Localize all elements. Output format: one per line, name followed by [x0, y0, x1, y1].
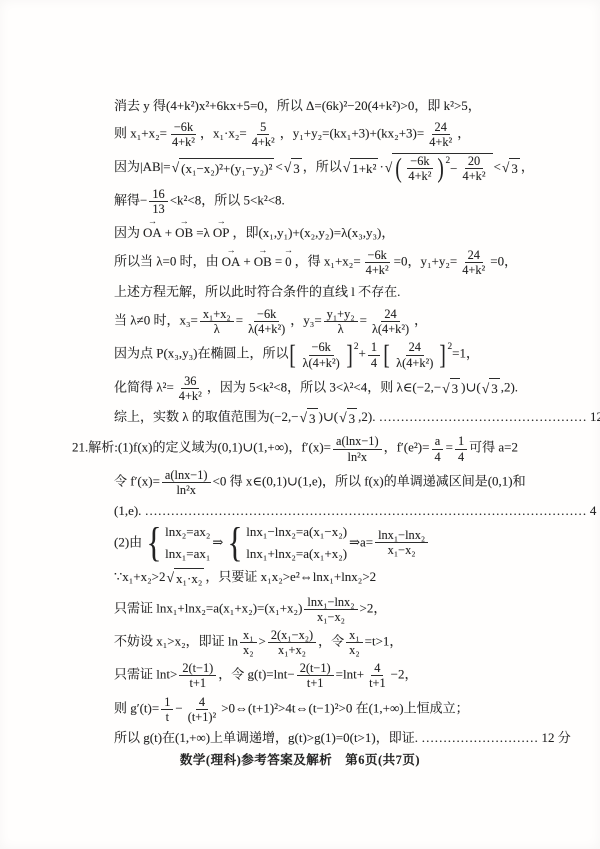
- bracket-group: (−6k4+k²)2: [394, 154, 450, 183]
- fraction: 244+k²: [459, 248, 488, 277]
- radical-sign-icon: √: [172, 161, 180, 175]
- answer-body: 消去 y 得(4+k²)x²+6kx+5=0，所以 Δ=(6k)²−20(4+k…: [72, 96, 528, 752]
- answer-line: 所以 g(t)在(1,+∞)上单调递增，g(t)>g(1)=0(t>1)，即证.…: [114, 728, 528, 748]
- fraction: −6kλ(4+k²): [245, 307, 288, 336]
- fraction: lnx₁−lnx₂x₁−x₂: [304, 595, 357, 624]
- vector-arrow: OA: [222, 252, 241, 272]
- radical-sign-icon: √: [300, 411, 308, 425]
- fraction: 4t+1: [366, 661, 389, 690]
- page-footer: 数学(理科)参考答案及解析 第6页(共7页): [0, 750, 600, 768]
- answer-line: 不妨设 x₁>x₂，即证 lnx₁x₂>2(x₁−x₂)x₁+x₂，令x₁x₂=…: [114, 628, 528, 657]
- answer-line: 所以当 λ=0 时，由OA+OB=0，得 x₁+x₂=−6k4+k²=0，y₁+…: [114, 248, 528, 277]
- answer-line: 上述方程无解，所以此时符合条件的直线 l 不存在.: [114, 282, 528, 302]
- fraction: 14: [368, 340, 380, 369]
- radical-sign-icon: √: [385, 161, 393, 175]
- fraction: 1613: [149, 187, 167, 216]
- fraction: x₁+x₂λ: [200, 307, 234, 336]
- document-page: 消去 y 得(4+k²)x²+6kx+5=0，所以 Δ=(6k)²−20(4+k…: [0, 0, 600, 849]
- fraction: 2(t−1)t+1: [297, 661, 334, 690]
- fraction: y₁+y₂λ: [324, 307, 358, 336]
- answer-line: 综上，实数 λ 的取值范围为(−2,−√3)∪(√3,2). …………………………: [114, 407, 528, 428]
- square-root: √(−6k4+k²)2−204+k²: [385, 153, 493, 183]
- vector-arrow: OP: [213, 223, 230, 243]
- square-root: √(x₁−x₂)²+(y₁−y₂)²: [172, 158, 275, 179]
- fraction: 244+k²: [426, 120, 455, 149]
- fraction: 4(t+1)²: [185, 695, 220, 724]
- square-root: √x₁·x₂: [167, 568, 205, 589]
- fraction: 24λ(4+k²): [393, 340, 436, 369]
- fraction: 1t: [161, 695, 173, 724]
- answer-line: 当 λ≠0 时，x₃=x₁+x₂λ=−6kλ(4+k²)，y₃=y₁+y₂λ=2…: [114, 307, 528, 336]
- fraction: −6k4+k²: [363, 248, 392, 277]
- radical-sign-icon: √: [502, 161, 510, 175]
- fraction: 2(t−1)t+1: [179, 661, 216, 690]
- equation-system: lnx₁−lnx₂=a(x₁−x₂)lnx₁+lnx₂=a(x₁+x₂): [225, 525, 347, 562]
- answer-line: 只需证 lnx₁+lnx₂=a(x₁+x₂)=(x₁+x₂)lnx₁−lnx₂x…: [114, 595, 528, 624]
- fraction: a(lnx−1)ln²x: [333, 434, 382, 463]
- radical-sign-icon: √: [343, 161, 351, 175]
- answer-line: (2)由lnx₂=ax₂lnx₁=ax₁⇒lnx₁−lnx₂=a(x₁−x₂)l…: [114, 525, 528, 562]
- fraction: lnx₁−lnx₂x₁−x₂: [375, 528, 428, 557]
- answer-line: 则 x₁+x₂=−6k4+k²，x₁·x₂=54+k²，y₁+y₂=(kx₁+3…: [114, 120, 528, 149]
- vector-arrow: OB: [254, 252, 272, 272]
- answer-line: 只需证 lnt>2(t−1)t+1，令 g(t)=lnt−2(t−1)t+1=l…: [114, 661, 528, 690]
- fraction: −6k4+k²: [169, 120, 198, 149]
- fraction: 364+k²: [176, 374, 205, 403]
- answer-line: 消去 y 得(4+k²)x²+6kx+5=0，所以 Δ=(6k)²−20(4+k…: [114, 96, 528, 116]
- square-root: √1+k²: [343, 158, 379, 179]
- square-root: √3: [442, 378, 460, 399]
- square-root: √3: [482, 378, 500, 399]
- radical-sign-icon: √: [339, 411, 347, 425]
- fraction: a4: [431, 434, 443, 463]
- answer-line: 因为OA+OB=λOP，即(x₁,y₁)+(x₂,y₂)=λ(x₃,y₃)，: [114, 223, 528, 243]
- square-root: √3: [284, 158, 302, 179]
- equation-system: lnx₂=ax₂lnx₁=ax₁: [144, 525, 210, 562]
- answer-line: (1,e). …………………………………………………………………………………………: [114, 501, 528, 521]
- answer-line: 则 g′(t)=1t−4(t+1)²>0⇔(t+1)²>4t⇔(t−1)²>0 …: [114, 695, 528, 724]
- answer-line: 21.解析:(1)f(x)的定义域为(0,1)∪(1,+∞)，f′(x)=a(l…: [72, 434, 528, 463]
- fraction: x₁x₂: [240, 628, 256, 657]
- fraction: −6kλ(4+k²): [300, 340, 343, 369]
- vector-arrow: 0: [285, 252, 292, 272]
- answer-line: 因为|AB|=√(x₁−x₂)²+(y₁−y₂)²<√3，所以√1+k²·√(−…: [114, 153, 528, 183]
- answer-line: 化简得 λ²=364+k²，因为 5<k²<8，所以 3<λ²<4，则 λ∈(−…: [114, 374, 528, 403]
- answer-line: 解得−1613<k²<8，所以 5<k²<8.: [114, 187, 528, 216]
- fraction: 54+k²: [249, 120, 278, 149]
- bracket-group: [−6kλ(4+k²)]2: [288, 340, 358, 369]
- fraction: −6k4+k²: [405, 154, 434, 183]
- vector-arrow: OA: [143, 223, 162, 243]
- radical-sign-icon: √: [442, 382, 450, 396]
- bracket-group: [24λ(4+k²)]2: [382, 340, 452, 369]
- square-root: √3: [502, 158, 520, 179]
- fraction: a(lnx−1)ln²x: [162, 468, 211, 497]
- square-root: √3: [300, 408, 318, 429]
- radical-sign-icon: √: [284, 161, 292, 175]
- answer-line: 令 f′(x)=a(lnx−1)ln²x<0 得 x∈(0,1)∪(1,e)，所…: [114, 468, 528, 497]
- vector-arrow: OB: [175, 223, 193, 243]
- radical-sign-icon: √: [482, 382, 490, 396]
- fraction: 204+k²: [460, 154, 489, 183]
- radical-sign-icon: √: [167, 571, 175, 585]
- fraction: 2(x₁−x₂)x₁+x₂: [268, 628, 316, 657]
- fraction: 14: [455, 434, 467, 463]
- square-root: √3: [339, 408, 357, 429]
- fraction: x₁x₂: [346, 628, 362, 657]
- answer-line: 因为点 P(x₃,y₃)在椭圆上，所以[−6kλ(4+k²)]2+14[24λ(…: [114, 340, 528, 369]
- fraction: 24λ(4+k²): [369, 307, 412, 336]
- answer-line: ∵x₁+x₂>2√x₁·x₂，只要证 x₁x₂>e²⇔lnx₁+lnx₂>2: [114, 567, 528, 588]
